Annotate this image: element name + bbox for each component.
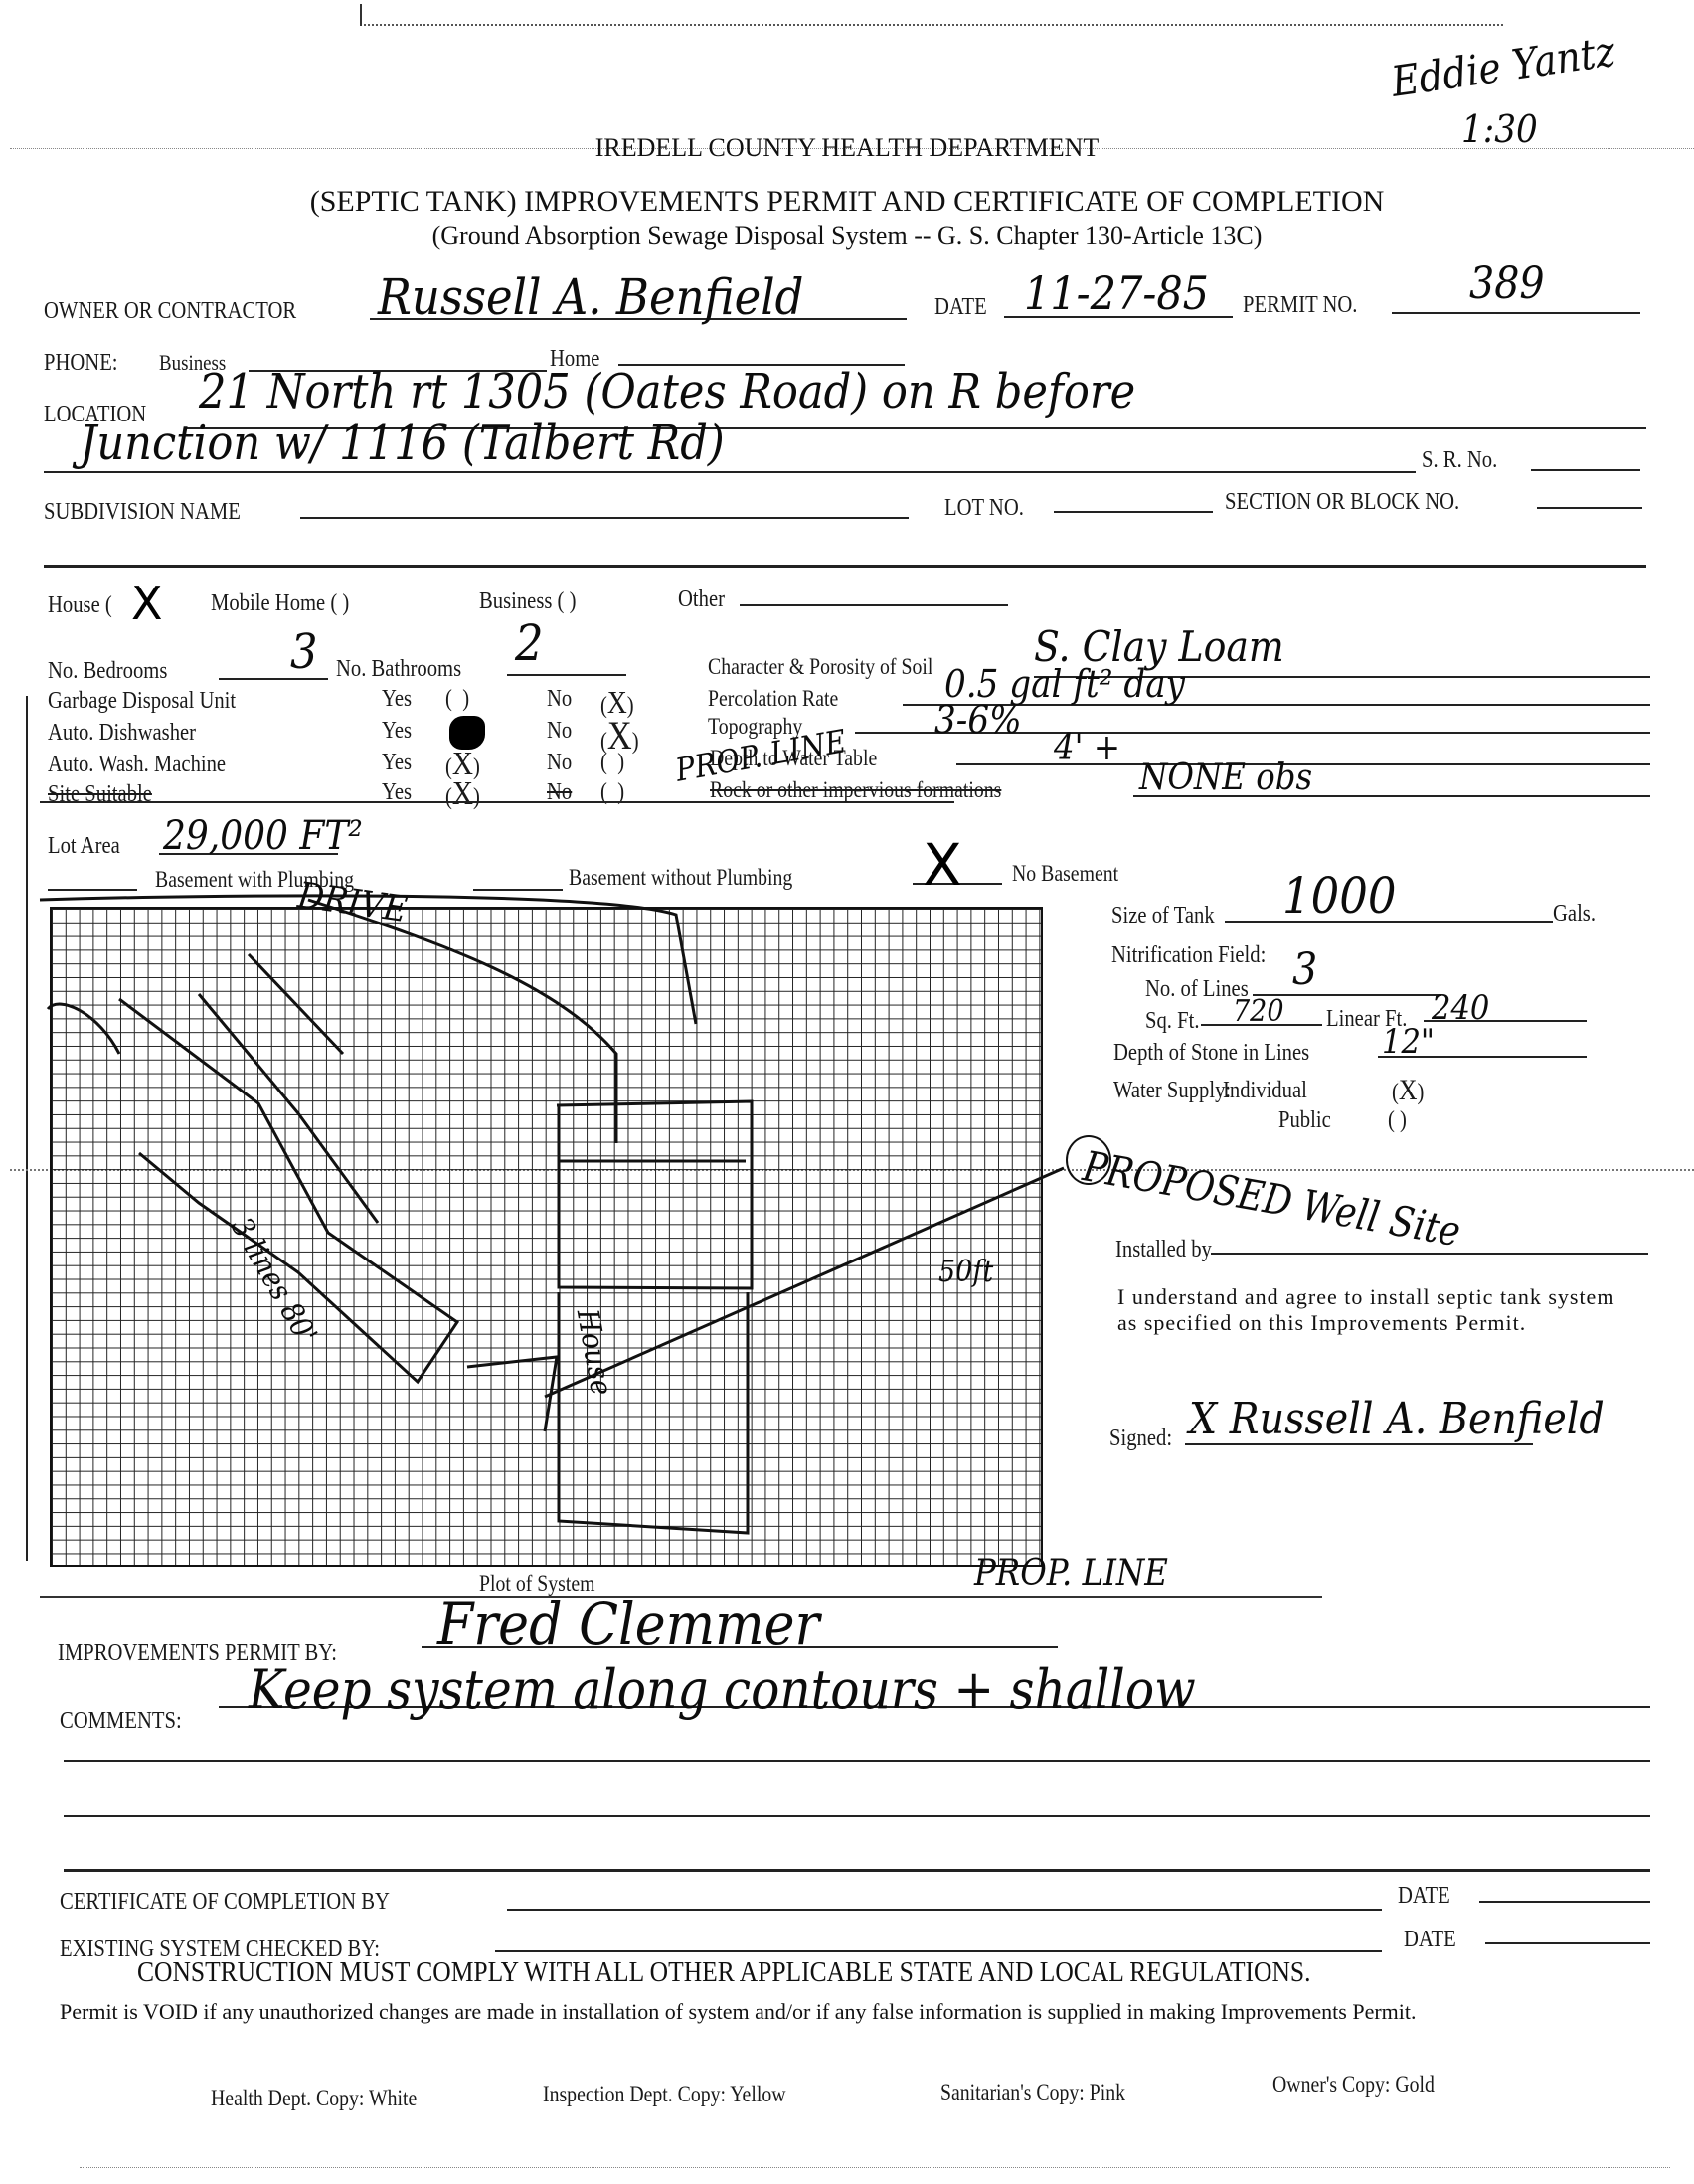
comments-field[interactable]: Keep system along contours + shallow bbox=[249, 1658, 1196, 1721]
existing-date-field[interactable] bbox=[1485, 1942, 1650, 1944]
comments-label: COMMENTS: bbox=[60, 1708, 182, 1735]
copy-health-dept: Health Dept. Copy: White bbox=[211, 2086, 417, 2111]
certificate-label: CERTIFICATE OF COMPLETION BY bbox=[60, 1889, 390, 1916]
permit-by-field[interactable]: Fred Clemmer bbox=[437, 1591, 819, 1658]
existing-date-label: DATE bbox=[1404, 1927, 1456, 1953]
copy-inspection-dept: Inspection Dept. Copy: Yellow bbox=[543, 2082, 786, 2107]
copy-sanitarian: Sanitarian's Copy: Pink bbox=[940, 2080, 1125, 2105]
existing-system-field[interactable] bbox=[495, 1950, 1382, 1952]
void-notice: Permit is VOID if any unauthorized chang… bbox=[60, 2000, 1650, 2024]
plot-prop-line-note: PROP. LINE bbox=[974, 1553, 1168, 1594]
certificate-date-label: DATE bbox=[1398, 1883, 1450, 1910]
certificate-field[interactable] bbox=[507, 1909, 1382, 1911]
copy-owner: Owner's Copy: Gold bbox=[1272, 2072, 1435, 2098]
compliance-notice: CONSTRUCTION MUST COMPLY WITH ALL OTHER … bbox=[137, 1956, 1310, 1989]
plot-annotation-distance: 50ft bbox=[938, 1255, 993, 1289]
certificate-date-field[interactable] bbox=[1479, 1901, 1650, 1903]
comments-line-2[interactable] bbox=[64, 1760, 1650, 1762]
scan-divider-bottom bbox=[80, 2167, 1670, 2168]
comments-line-3[interactable] bbox=[64, 1815, 1650, 1817]
plot-sketch bbox=[0, 0, 1694, 2184]
comments-line-4[interactable] bbox=[64, 1869, 1650, 1872]
